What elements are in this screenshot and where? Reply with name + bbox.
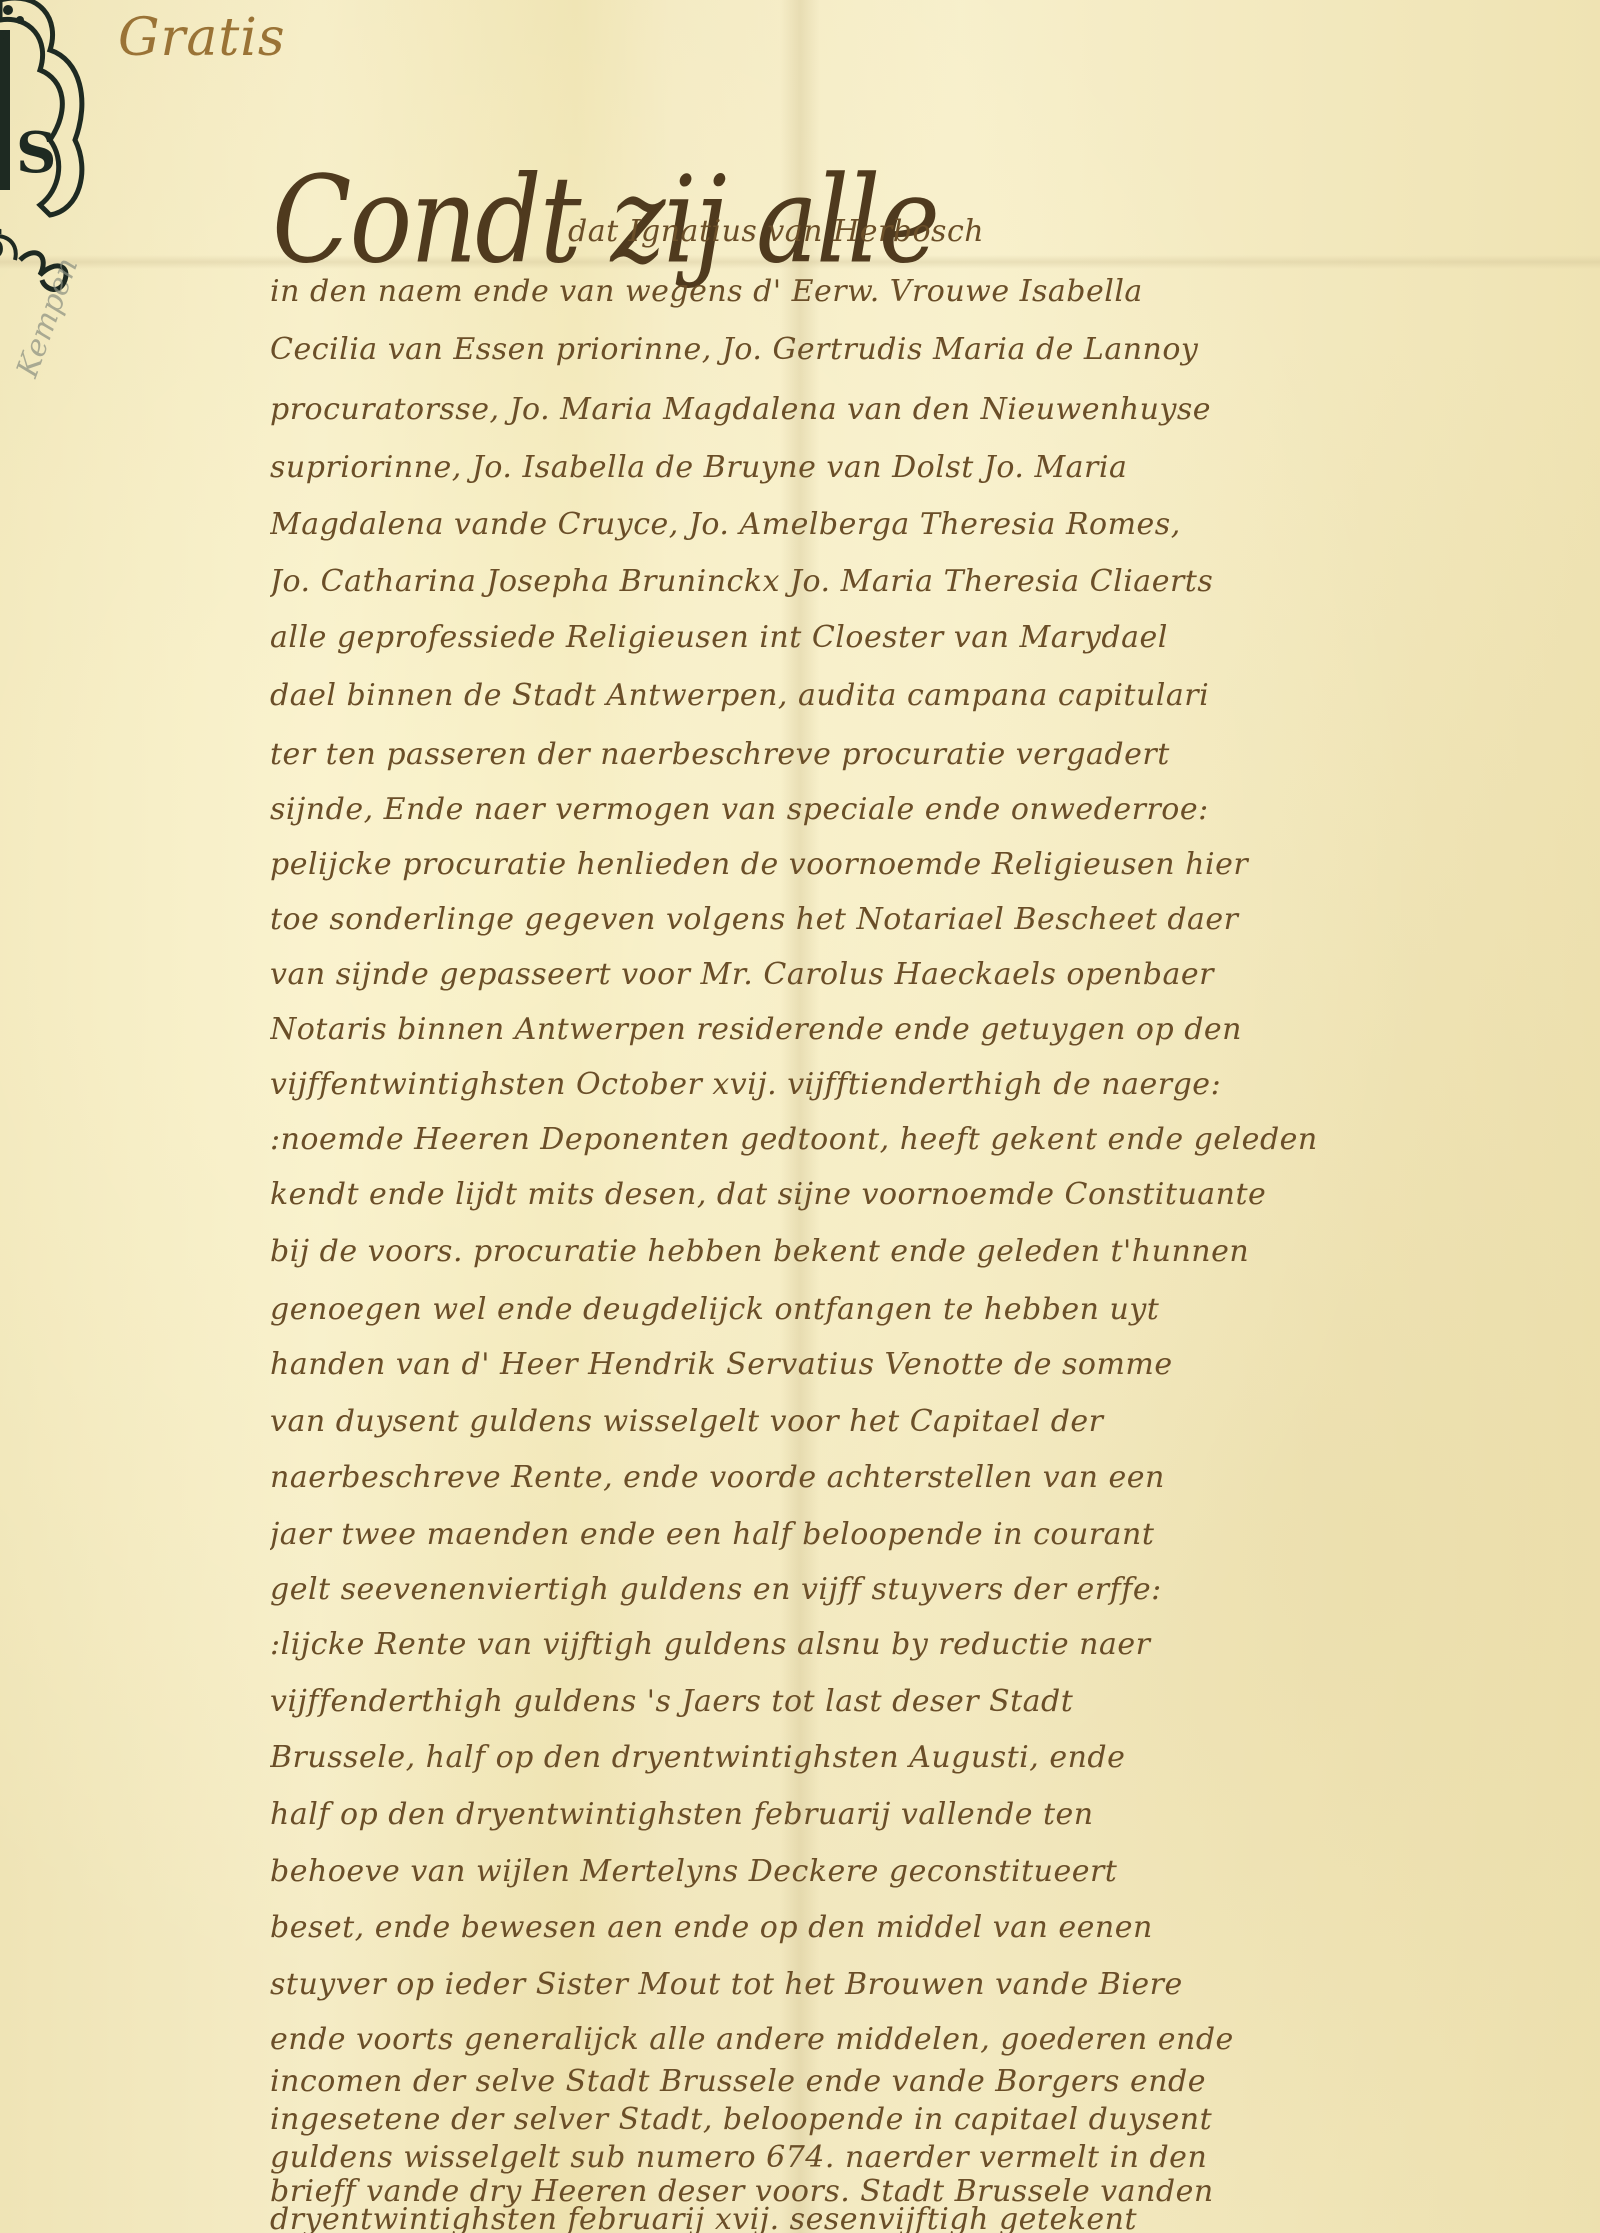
text-line: beset, ende bewesen aen ende op den midd…: [270, 1908, 1595, 1948]
text-line: Jo. Catharina Josepha Bruninckx Jo. Mari…: [270, 562, 1595, 602]
text-line: genoegen wel ende deugdelijck ontfangen …: [270, 1290, 1595, 1330]
text-line: in den naem ende van wegens d' Eerw. Vro…: [270, 272, 1595, 312]
text-line: Notaris binnen Antwerpen residerende end…: [270, 1010, 1595, 1050]
text-line: bij de voors. procuratie hebben bekent e…: [270, 1232, 1595, 1272]
text-line: alle geprofessiede Religieusen int Cloes…: [270, 618, 1595, 658]
text-line: procuratorsse, Jo. Maria Magdalena van d…: [270, 390, 1595, 430]
text-line: dael binnen de Stadt Antwerpen, audita c…: [270, 676, 1595, 716]
stamp-number: 6: [0, 222, 5, 268]
text-line: Magdalena vande Cruyce, Jo. Amelberga Th…: [270, 505, 1595, 545]
text-line: toe sonderlinge gegeven volgens het Nota…: [270, 900, 1595, 940]
text-line: incomen der selve Stadt Brussele ende va…: [270, 2062, 1595, 2102]
header-mark: Gratis: [118, 8, 286, 68]
text-line: jaer twee maenden ende een half beloopen…: [270, 1515, 1595, 1555]
text-line: ingesetene der selver Stadt, beloopende …: [270, 2100, 1595, 2140]
text-line: sijnde, Ende naer vermogen van speciale …: [270, 790, 1595, 830]
text-line: half op den dryentwintighsten februarij …: [270, 1795, 1595, 1835]
text-line: dryentwintighsten februarij xvij. sesenv…: [270, 2200, 1595, 2233]
text-line: kendt ende lijdt mits desen, dat sijne v…: [270, 1175, 1595, 1215]
text-line: van sijnde gepasseert voor Mr. Carolus H…: [270, 955, 1595, 995]
text-line: ende voorts generalijck alle andere midd…: [270, 2020, 1595, 2060]
text-line: ter ten passeren der naerbeschreve procu…: [270, 735, 1595, 775]
text-line: naerbeschreve Rente, ende voorde achters…: [270, 1458, 1595, 1498]
text-line: vijffentwintighsten October xvij. vijfft…: [270, 1065, 1595, 1105]
text-line: gelt seevenenviertigh guldens en vijff s…: [270, 1570, 1595, 1610]
text-line: :noemde Heeren Deponenten gedtoont, heef…: [270, 1120, 1595, 1160]
text-line: van duysent guldens wisselgelt voor het …: [270, 1402, 1595, 1442]
text-line: Cecilia van Essen priorinne, Jo. Gertrud…: [270, 330, 1595, 370]
text-line: dat Ignatius van Herbosch: [568, 212, 1598, 252]
text-line: stuyver op ieder Sister Mout tot het Bro…: [270, 1965, 1595, 2005]
text-line: pelijcke procuratie henlieden de voornoe…: [270, 845, 1595, 885]
text-line: Brussele, half op den dryentwintighsten …: [270, 1738, 1595, 1778]
stamp-letter: S: [16, 120, 56, 186]
text-line: handen van d' Heer Hendrik Servatius Ven…: [270, 1345, 1595, 1385]
text-line: behoeve van wijlen Mertelyns Deckere gec…: [270, 1852, 1595, 1892]
text-line: vijffenderthigh guldens 's Jaers tot las…: [270, 1682, 1595, 1722]
text-line: supriorinne, Jo. Isabella de Bruyne van …: [270, 448, 1595, 488]
text-line: :lijcke Rente van vijftigh guldens alsnu…: [270, 1625, 1595, 1665]
